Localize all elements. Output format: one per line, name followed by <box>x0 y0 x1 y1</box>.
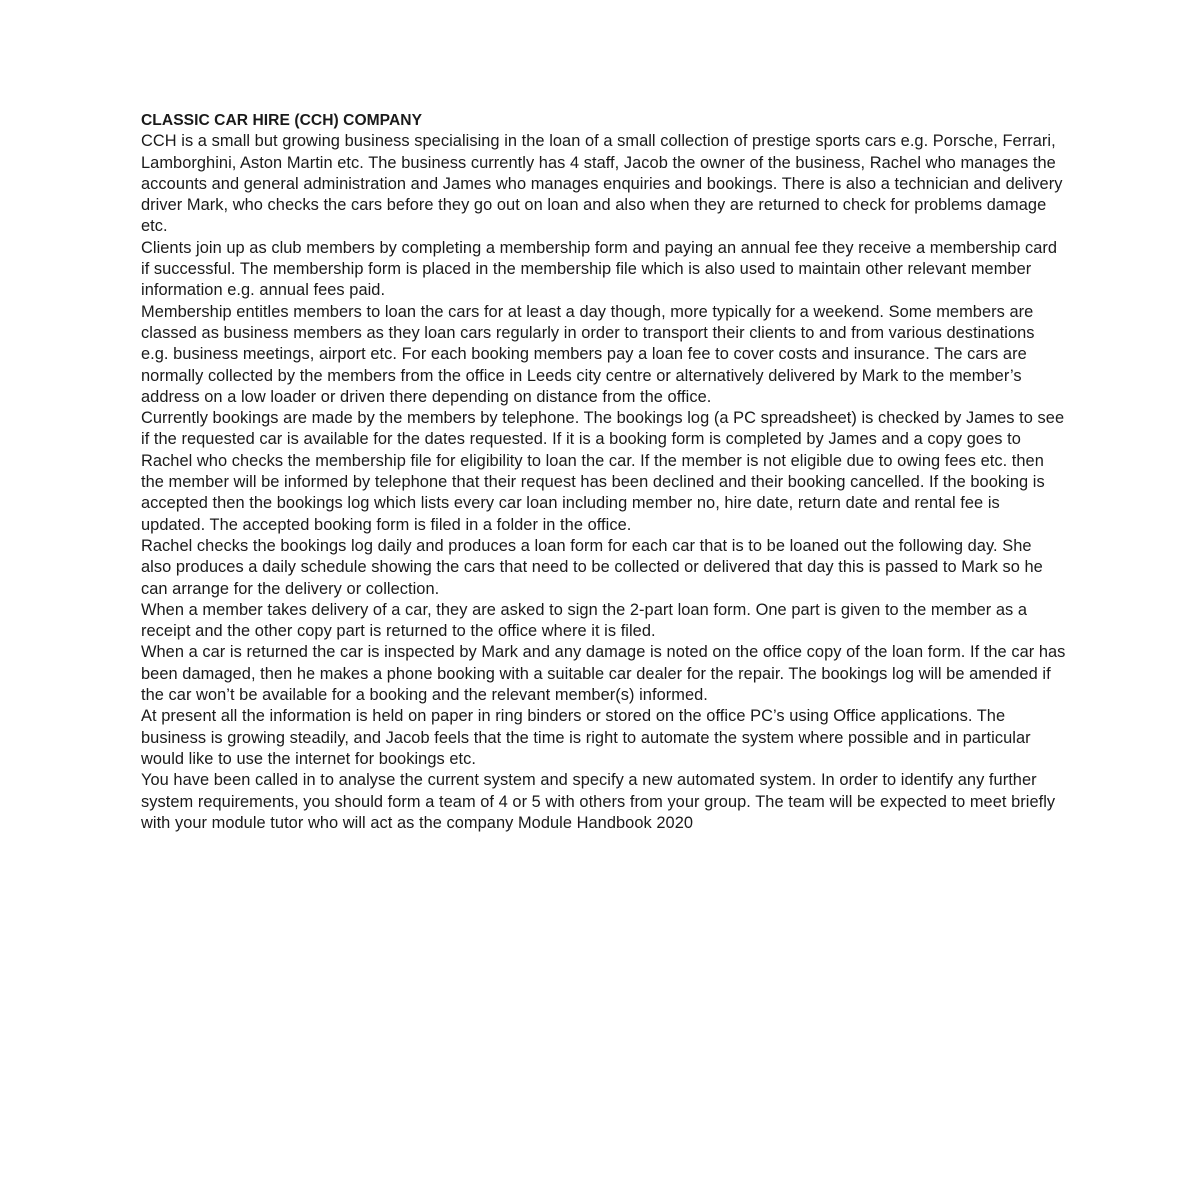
document-page: CLASSIC CAR HIRE (CCH) COMPANY CCH is a … <box>141 110 1066 834</box>
paragraph-company-overview: CCH is a small but growing business spec… <box>141 131 1066 237</box>
paragraph-membership-joining: Clients join up as club members by compl… <box>141 238 1066 302</box>
paragraph-current-system: At present all the information is held o… <box>141 706 1066 770</box>
paragraph-booking-process: Currently bookings are made by the membe… <box>141 408 1066 536</box>
paragraph-task-brief: You have been called in to analyse the c… <box>141 770 1066 834</box>
paragraph-membership-entitlements: Membership entitles members to loan the … <box>141 302 1066 408</box>
paragraph-car-return: When a car is returned the car is inspec… <box>141 642 1066 706</box>
paragraph-car-delivery: When a member takes delivery of a car, t… <box>141 600 1066 643</box>
paragraph-daily-schedule: Rachel checks the bookings log daily and… <box>141 536 1066 600</box>
document-title: CLASSIC CAR HIRE (CCH) COMPANY <box>141 110 1066 131</box>
